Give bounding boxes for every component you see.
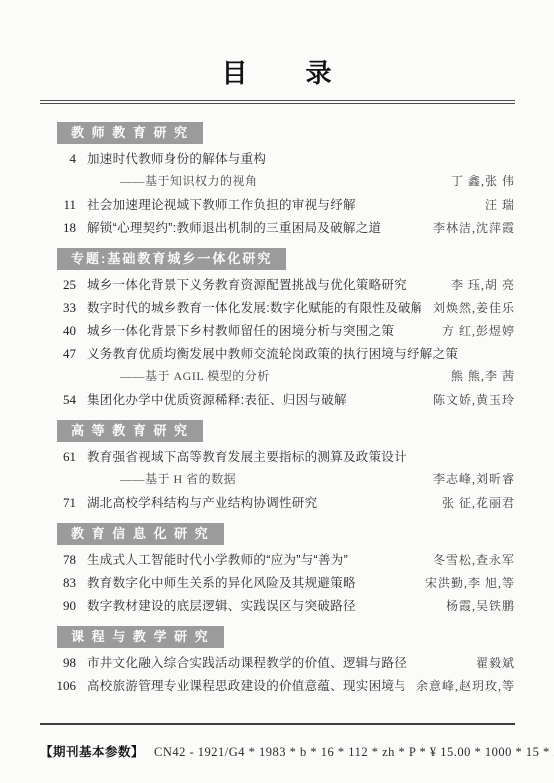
- entry-authors: 杨霞,吴铁鹏: [434, 597, 515, 614]
- entry-page-number: 61: [40, 449, 76, 465]
- toc-entry: 40城乡一体化背景下乡村教师留任的困境分析与突围之策方 红,彭煜婷: [40, 321, 515, 344]
- page-title: 目 录: [40, 58, 515, 88]
- entry-page-number: 25: [40, 277, 76, 293]
- entry-page-number: 90: [40, 598, 76, 614]
- toc-entry: 33数字时代的城乡教育一体化发展:数字化赋能的有限性及破解策略刘焕然,姜佳乐: [40, 298, 515, 321]
- section-header: 专题:基础教育城乡一体化研究: [57, 248, 515, 270]
- entry-authors: 宋洪勤,李 旭,等: [413, 574, 515, 591]
- section-header: 教 师 教 育 研 究: [57, 122, 515, 144]
- toc-entry-subtitle: ——基于知识权力的视角丁 鑫,张 伟: [40, 172, 515, 195]
- entry-authors: 方 红,彭煜婷: [430, 322, 515, 339]
- section-header: 课 程 与 教 学 研 究: [57, 626, 515, 648]
- title-double-rule: [40, 100, 515, 104]
- entry-title: 社会加速理论视域下教师工作负担的审视与纾解: [87, 195, 356, 213]
- entry-title: 教育强省视域下高等教育发展主要指标的测算及政策设计: [87, 447, 407, 465]
- entry-title: 教育数字化中师生关系的异化风险及其规避策略: [87, 573, 356, 591]
- entry-page-number: 106: [40, 678, 76, 694]
- journal-parameters-label: 【期刊基本参数】: [40, 745, 144, 759]
- section-title: 专题:基础教育城乡一体化研究: [57, 248, 286, 270]
- entry-title: 生成式人工智能时代小学教师的“应为”与“善为”: [87, 550, 348, 568]
- entry-authors: 余意峰,赵玥玫,等: [404, 677, 515, 694]
- toc-entry: 90数字教材建设的底层逻辑、实践误区与突破路径杨霞,吴铁鹏: [40, 596, 515, 619]
- toc-entry: 18解锁“心理契约”:教师退出机制的三重困局及破解之道李林洁,沈萍霞: [40, 218, 515, 241]
- section-title: 教 育 信 息 化 研 究: [57, 523, 224, 545]
- entry-title: 城乡一体化背景下乡村教师留任的困境分析与突围之策: [87, 321, 394, 339]
- toc-entry: 61教育强省视域下高等教育发展主要指标的测算及政策设计: [40, 447, 515, 470]
- entry-title: 高校旅游管理专业课程思政建设的价值意蕴、现实困境与纾解路径: [87, 676, 404, 694]
- entry-title: 义务教育优质均衡发展中教师交流轮岗政策的执行困境与纾解之策: [87, 344, 458, 362]
- toc-list: 教 师 教 育 研 究4加速时代教师身份的解体与重构——基于知识权力的视角丁 鑫…: [40, 122, 515, 699]
- journal-parameters-value: CN42 - 1921/G4 * 1983 * b * 16 * 112 * z…: [154, 745, 554, 759]
- entry-page-number: 4: [40, 151, 76, 167]
- entry-authors: 翟毅斌: [464, 654, 515, 671]
- toc-entry-subtitle: ——基于 AGIL 模型的分析熊 熊,李 茜: [40, 367, 515, 390]
- toc-entry: 11社会加速理论视域下教师工作负担的审视与纾解汪 瑞: [40, 195, 515, 218]
- entry-page-number: 71: [40, 495, 76, 511]
- toc-entry: 98市井文化融入综合实践活动课程教学的价值、逻辑与路径翟毅斌: [40, 653, 515, 676]
- entry-authors: 陈文娇,黄玉玲: [421, 391, 515, 408]
- entry-page-number: 98: [40, 655, 76, 671]
- toc-entry: 71湖北高校学科结构与产业结构协调性研究张 征,花丽君: [40, 493, 515, 516]
- entry-title: 市井文化融入综合实践活动课程教学的价值、逻辑与路径: [87, 653, 407, 671]
- entry-page-number: 33: [40, 300, 76, 316]
- entry-authors: 冬雪松,查永军: [421, 551, 515, 568]
- entry-page-number: 83: [40, 575, 76, 591]
- toc-entry: 25城乡一体化背景下义务教育资源配置挑战与优化策略研究李 珏,胡 亮: [40, 275, 515, 298]
- toc-entry: 83教育数字化中师生关系的异化风险及其规避策略宋洪勤,李 旭,等: [40, 573, 515, 596]
- entry-page-number: 54: [40, 392, 76, 408]
- entry-title: 集团化办学中优质资源稀释:表征、归因与破解: [87, 390, 347, 408]
- entry-title: 数字教材建设的底层逻辑、实践误区与突破路径: [87, 596, 356, 614]
- toc-entry: 4加速时代教师身份的解体与重构: [40, 149, 515, 172]
- entry-title: 城乡一体化背景下义务教育资源配置挑战与优化策略研究: [87, 275, 407, 293]
- entry-title: 解锁“心理契约”:教师退出机制的三重困局及破解之道: [87, 218, 381, 236]
- entry-subtitle: ——基于知识权力的视角: [120, 172, 258, 189]
- section-title: 课 程 与 教 学 研 究: [57, 626, 224, 648]
- entry-title: 数字时代的城乡教育一体化发展:数字化赋能的有限性及破解策略: [87, 298, 421, 316]
- entry-authors: 李志峰,刘昕睿: [421, 470, 515, 487]
- entry-authors: 李 珏,胡 亮: [439, 276, 515, 293]
- entry-authors: 李林洁,沈萍霞: [421, 219, 515, 236]
- entry-page-number: 47: [40, 346, 76, 362]
- section-title: 教 师 教 育 研 究: [57, 122, 203, 144]
- entry-authors: 刘焕然,姜佳乐: [421, 299, 515, 316]
- toc-entry-subtitle: ——基于 H 省的数据李志峰,刘昕睿: [40, 470, 515, 493]
- entry-title: 加速时代教师身份的解体与重构: [87, 149, 266, 167]
- entry-page-number: 40: [40, 323, 76, 339]
- footer-rule: [40, 723, 515, 725]
- entry-authors: 熊 熊,李 茜: [439, 367, 515, 384]
- section-header: 高 等 教 育 研 究: [57, 420, 515, 442]
- entry-title: 湖北高校学科结构与产业结构协调性研究: [87, 493, 317, 511]
- section-header: 教 育 信 息 化 研 究: [57, 523, 515, 545]
- toc-entry: 78生成式人工智能时代小学教师的“应为”与“善为”冬雪松,查永军: [40, 550, 515, 573]
- entry-page-number: 78: [40, 552, 76, 568]
- toc-entry: 106高校旅游管理专业课程思政建设的价值意蕴、现实困境与纾解路径余意峰,赵玥玫,…: [40, 676, 515, 699]
- journal-toc-page: 目 录 教 师 教 育 研 究4加速时代教师身份的解体与重构——基于知识权力的视…: [0, 0, 554, 760]
- entry-page-number: 18: [40, 220, 76, 236]
- toc-entry: 47义务教育优质均衡发展中教师交流轮岗政策的执行困境与纾解之策: [40, 344, 515, 367]
- entry-authors: 丁 鑫,张 伟: [439, 172, 515, 189]
- entry-subtitle: ——基于 AGIL 模型的分析: [120, 367, 270, 384]
- journal-parameters: 【期刊基本参数】CN42 - 1921/G4 * 1983 * b * 16 *…: [40, 742, 515, 760]
- entry-subtitle: ——基于 H 省的数据: [120, 470, 236, 487]
- section-title: 高 等 教 育 研 究: [57, 420, 203, 442]
- entry-authors: 张 征,花丽君: [430, 494, 515, 511]
- entry-page-number: 11: [40, 197, 76, 213]
- toc-entry: 54集团化办学中优质资源稀释:表征、归因与破解陈文娇,黄玉玲: [40, 390, 515, 413]
- entry-authors: 汪 瑞: [473, 196, 515, 213]
